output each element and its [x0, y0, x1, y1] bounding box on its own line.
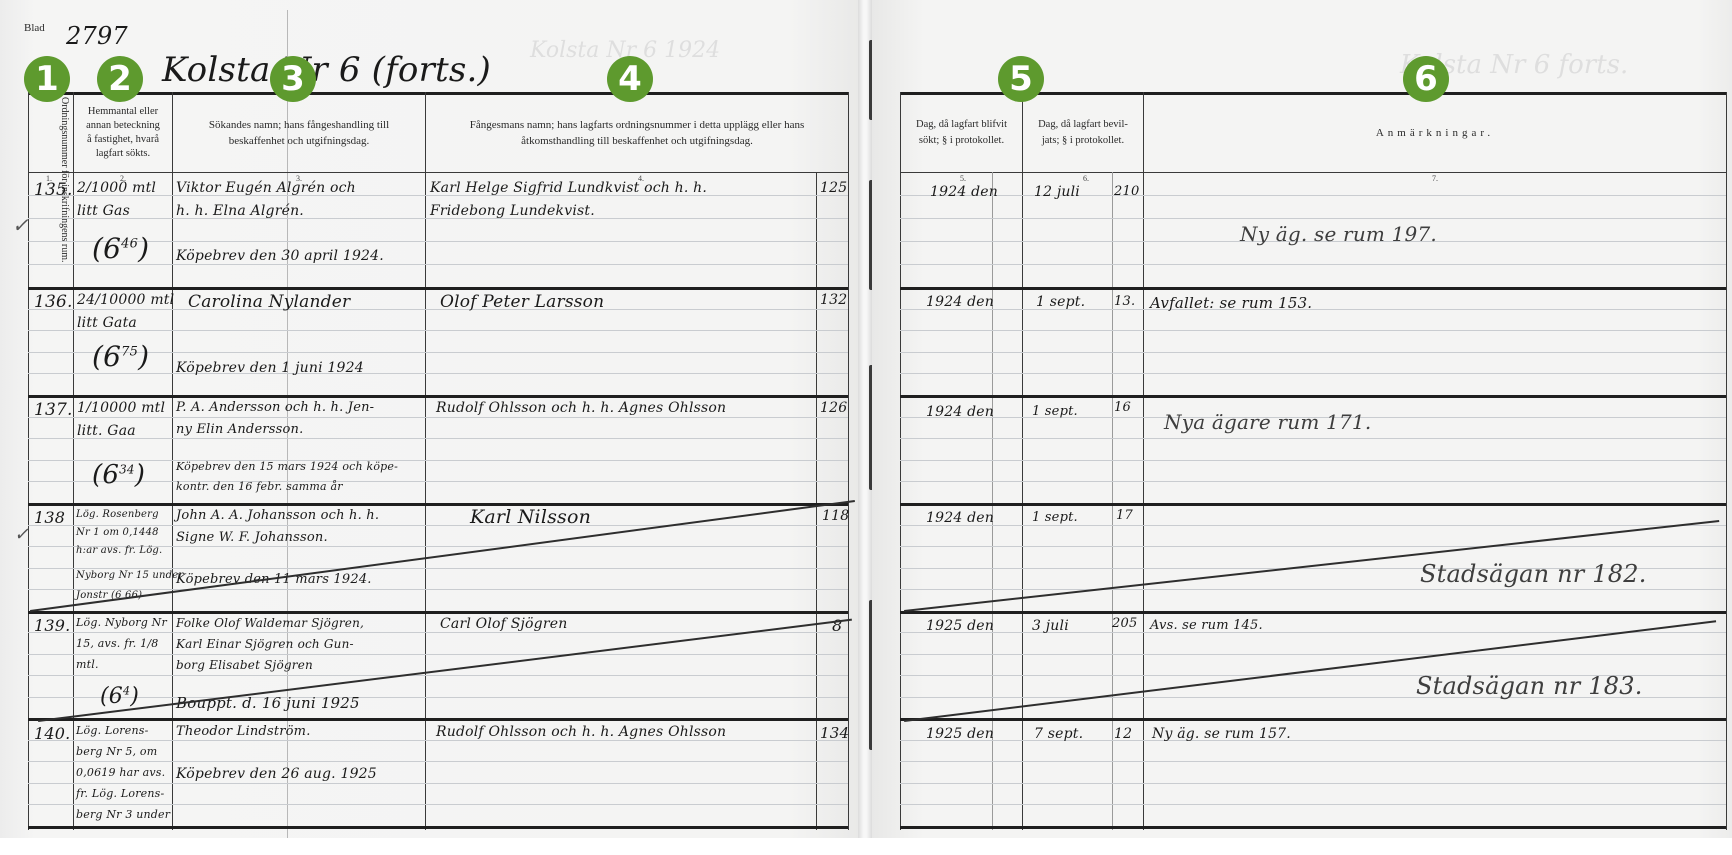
ruled-line — [900, 330, 1726, 331]
fangeshandling-line: Köpebrev den 15 mars 1924 och köpe- — [176, 460, 398, 473]
ruled-line — [28, 675, 848, 676]
blad-label: Blad — [24, 22, 45, 34]
fangeshandling: Köpebrev den 1 juni 1924 — [176, 360, 364, 376]
share-value: (64) — [100, 684, 139, 709]
share-exponent: 75 — [121, 345, 138, 360]
row-separator — [900, 395, 1726, 398]
beviljats-date: 1 sept. — [1032, 404, 1078, 419]
share-base: 6 — [103, 232, 121, 265]
sokt-date: 1924 den — [926, 294, 994, 310]
blad-number: 2797 — [66, 22, 128, 50]
hemmantal-line: Lög. Lorens- — [76, 724, 149, 737]
share-exponent: 4 — [123, 685, 130, 698]
col-rule — [848, 92, 849, 830]
fangeshandling: Bouppt. d. 16 juni 1925 — [176, 694, 360, 712]
ruled-line — [900, 589, 1726, 590]
header-bottom-rule — [900, 172, 1726, 173]
reference-number: 8 — [832, 616, 842, 635]
paragraph-number: 17 — [1116, 508, 1133, 523]
header-line: Fångesmans namn; hans lagfarts ordningsn… — [470, 117, 805, 133]
header-col-3: Sökandes namn; hans fångeshandling till … — [173, 94, 425, 172]
paragraph-number: 205 — [1112, 616, 1137, 631]
hemmantal-line: h:ar avs. fr. Lög. — [76, 545, 162, 556]
ruled-line — [28, 654, 848, 655]
row-separator — [900, 287, 1726, 290]
header-bottom-rule — [28, 172, 848, 173]
ruled-line — [900, 804, 1726, 805]
ruled-line — [900, 438, 1726, 439]
rum-number: 135. — [34, 180, 73, 200]
rum-number: 137. — [34, 400, 73, 420]
hemmantal-line: Nr 1 om 0,1448 — [76, 527, 159, 538]
sokande-line: ny Elin Andersson. — [176, 422, 303, 437]
ruled-line — [28, 697, 848, 698]
share-value: (646) — [92, 232, 149, 265]
ruled-line — [28, 352, 848, 353]
share-value: (634) — [92, 460, 145, 490]
sokt-date: 1925 den — [926, 726, 994, 742]
header-col-2: Hemmantal eller annan beteckning å fasti… — [74, 94, 172, 172]
paragraph-number: 12 — [1114, 726, 1132, 742]
row-separator — [900, 611, 1726, 614]
hemmantal-line: litt. Gaa — [77, 423, 136, 439]
hemmantal-line: 2/1000 mtl — [77, 180, 156, 196]
sokande-line: P. A. Andersson och h. h. Jen- — [176, 400, 374, 415]
row-separator — [28, 287, 848, 290]
sokande-line: Folke Olof Waldemar Sjögren, — [176, 616, 364, 630]
row-separator — [900, 503, 1726, 506]
reference-number: 125 — [820, 180, 847, 196]
ruled-line — [28, 417, 848, 418]
ruled-line — [900, 740, 1726, 741]
beviljats-date: 7 sept. — [1034, 726, 1083, 742]
hemmantal-line: 15, avs. fr. 1/8 — [76, 637, 158, 650]
row-separator — [28, 826, 848, 829]
fangeshandling: Köpebrev den 11 mars 1924. — [176, 572, 372, 587]
rum-number: 140. — [34, 724, 70, 743]
header-col-1: Ordningsnummer för inskrifningens rum. — [59, 97, 70, 167]
header-line: jats; § i protokollet. — [1038, 133, 1128, 149]
col-number-7: 7. — [1432, 174, 1438, 183]
sokande-line: John A. A. Johansson och h. h. — [176, 508, 379, 523]
hemmantal-line: 24/10000 mtl — [77, 292, 174, 308]
rum-number: 136. — [34, 292, 73, 312]
ruled-line — [28, 740, 848, 741]
hemmantal-line: berg Nr 3 under — [76, 808, 170, 821]
anmarkning: Avfallet: se rum 153. — [1150, 294, 1312, 312]
column-badge-5: 5 — [998, 56, 1044, 102]
ruled-line — [900, 546, 1726, 547]
hemmantal-line: litt Gata — [77, 315, 137, 331]
rum-number: 139. — [34, 616, 70, 635]
hemmantal-line: Lög. Rosenberg — [76, 509, 159, 520]
share-base: 6 — [102, 460, 119, 490]
ruled-line — [900, 218, 1726, 219]
ruled-line — [28, 330, 848, 331]
header-col-6: Dag, då lagfart bevil- jats; § i protoko… — [1023, 94, 1143, 172]
anmarkning-secondary: Stadsägan nr 183. — [1416, 672, 1643, 700]
column-badge-2: 2 — [97, 56, 143, 102]
row-separator — [28, 503, 848, 506]
ruled-line — [900, 373, 1726, 374]
sokt-date: 1925 den — [926, 618, 994, 634]
fangesman-line: Rudolf Ohlsson och h. h. Agnes Ohlsson — [436, 400, 726, 416]
ruled-line — [900, 632, 1726, 633]
anmarkning: Nya ägare rum 171. — [1164, 410, 1371, 434]
header-line: Hemmantal eller — [86, 105, 160, 119]
sokande-line: h. h. Elna Algrén. — [176, 203, 304, 219]
ruled-line — [28, 309, 848, 310]
ruled-line — [900, 309, 1726, 310]
hemmantal-line: 1/10000 mtl — [77, 400, 165, 416]
beviljats-date: 3 juli — [1032, 618, 1069, 634]
property-title: Kolsta Nr 6 (forts.) — [162, 50, 491, 90]
share-value: (675) — [92, 340, 149, 373]
sokande-line: Karl Einar Sjögren och Gun- — [176, 637, 354, 651]
fangesman-line: Karl Helge Sigfrid Lundkvist och h. h. — [430, 180, 707, 196]
hemmantal-line: 0,0619 har avs. — [76, 766, 165, 779]
fangesman-line: Carl Olof Sjögren — [440, 616, 567, 632]
share-base: 6 — [109, 684, 123, 709]
beviljats-date: 1 sept. — [1036, 294, 1085, 310]
anmarkning: Stadsägan nr 182. — [1420, 560, 1647, 588]
sokande-line: Carolina Nylander — [188, 292, 350, 312]
ruled-line — [28, 438, 848, 439]
ruled-line — [28, 568, 848, 569]
header-line: Dag, då lagfart bevil- — [1038, 117, 1128, 133]
column-badge-1: 1 — [24, 56, 70, 102]
header-line: sökt; § i protokollet. — [916, 133, 1007, 149]
sokande-line: Signe W. F. Johansson. — [176, 530, 328, 545]
hemmantal-line: litt Gas — [77, 203, 130, 219]
fangesman-line: Fridebong Lundekvist. — [430, 203, 595, 219]
hemmantal-line: Nyborg Nr 15 under — [76, 570, 183, 581]
header-line: Dag, då lagfart blifvit — [916, 117, 1007, 133]
reference-number: 134 — [820, 724, 849, 742]
ruled-line — [900, 481, 1726, 482]
header-line: å fastighet, hvarå — [86, 133, 160, 147]
header-col-5: Dag, då lagfart blifvit sökt; § i protok… — [901, 94, 1022, 172]
ruled-line — [900, 195, 1726, 196]
ruled-line — [28, 373, 848, 374]
fangesman-line: Rudolf Ohlsson och h. h. Agnes Ohlsson — [436, 724, 726, 740]
hemmantal-line: berg Nr 5, om — [76, 745, 157, 758]
ruled-line — [28, 460, 848, 461]
header-line: åtkomsthandling till beskaffenhet och ut… — [470, 133, 805, 149]
checkmark-icon: ✓ — [12, 213, 29, 237]
col-rule — [1726, 92, 1727, 830]
ruled-line — [900, 761, 1726, 762]
reference-number: 132 — [820, 292, 847, 308]
share-base: 6 — [103, 340, 121, 373]
header-col-7: Anmärkningar. — [1144, 94, 1726, 172]
beviljats-date: 12 juli — [1034, 184, 1080, 200]
share-exponent: 46 — [121, 237, 138, 252]
sokt-date: 1924 den — [930, 184, 998, 200]
sokt-date: 1924 den — [926, 510, 994, 526]
rum-number: 138 — [34, 508, 65, 527]
ruled-line — [28, 481, 848, 482]
fangeshandling: Köpebrev den 30 april 1924. — [176, 248, 384, 264]
sokt-date: 1924 den — [926, 404, 994, 420]
column-badge-6: 6 — [1403, 56, 1449, 102]
anmarkning: Ny äg. se rum 157. — [1152, 726, 1291, 742]
col-rule — [816, 172, 817, 830]
hemmantal-line: fr. Lög. Lorens- — [76, 787, 164, 800]
header-line: lagfart sökts. — [86, 147, 160, 161]
column-badge-3: 3 — [270, 56, 316, 102]
fangesman-line: Karl Nilsson — [470, 506, 591, 528]
row-separator — [28, 718, 848, 721]
anmarkning: Ny äg. se rum 197. — [1240, 222, 1437, 246]
header-line: annan beteckning — [86, 119, 160, 133]
anmarkning: Avs. se rum 145. — [1150, 618, 1263, 633]
hemmantal-line: mtl. — [76, 658, 99, 671]
ruled-line — [28, 525, 848, 526]
header-line: Sökandes namn; hans fångeshandling till — [209, 117, 389, 133]
ruled-line — [900, 352, 1726, 353]
ruled-line — [900, 783, 1726, 784]
sokande-line: Viktor Eugén Algrén och — [176, 180, 356, 196]
paragraph-number: 13. — [1114, 294, 1135, 309]
row-separator — [28, 611, 848, 614]
ruled-line — [28, 264, 848, 265]
col-number-6: 6. — [1083, 174, 1089, 183]
paragraph-number: 210 — [1114, 184, 1139, 199]
ruled-line — [900, 460, 1726, 461]
share-exponent: 34 — [119, 462, 135, 476]
ruled-line — [900, 264, 1726, 265]
ruled-line — [28, 241, 848, 242]
fangeshandling: Köpebrev den 26 aug. 1925 — [176, 766, 377, 782]
fangesman-line: Olof Peter Larsson — [440, 292, 604, 312]
header-col-4: Fångesmans namn; hans lagfarts ordningsn… — [426, 94, 848, 172]
ruled-line — [900, 654, 1726, 655]
ruled-line — [28, 761, 848, 762]
checkmark-icon: ✓ — [14, 524, 29, 545]
ruled-line — [900, 525, 1726, 526]
row-separator — [28, 395, 848, 398]
sokande-line: borg Elisabet Sjögren — [176, 658, 313, 672]
beviljats-date: 1 sept. — [1032, 510, 1078, 525]
header-line: beskaffenhet och utgifningsdag. — [209, 133, 389, 149]
subcol-rule — [1112, 172, 1113, 830]
ruled-line — [28, 589, 848, 590]
sokande-line: Theodor Lindström. — [176, 724, 311, 739]
reference-number: 126 — [820, 400, 847, 416]
col-number-5: 5. — [960, 174, 966, 183]
ruled-line — [28, 632, 848, 633]
ruled-line — [28, 804, 848, 805]
hemmantal-line: Lög. Nyborg Nr — [76, 616, 167, 629]
fangeshandling-line: kontr. den 16 febr. samma år — [176, 480, 343, 493]
row-separator — [900, 718, 1726, 721]
paragraph-number: 16 — [1114, 400, 1131, 415]
column-badge-4: 4 — [607, 56, 653, 102]
ruled-line — [28, 783, 848, 784]
row-separator — [900, 826, 1726, 829]
reference-number: 118 — [822, 508, 849, 524]
